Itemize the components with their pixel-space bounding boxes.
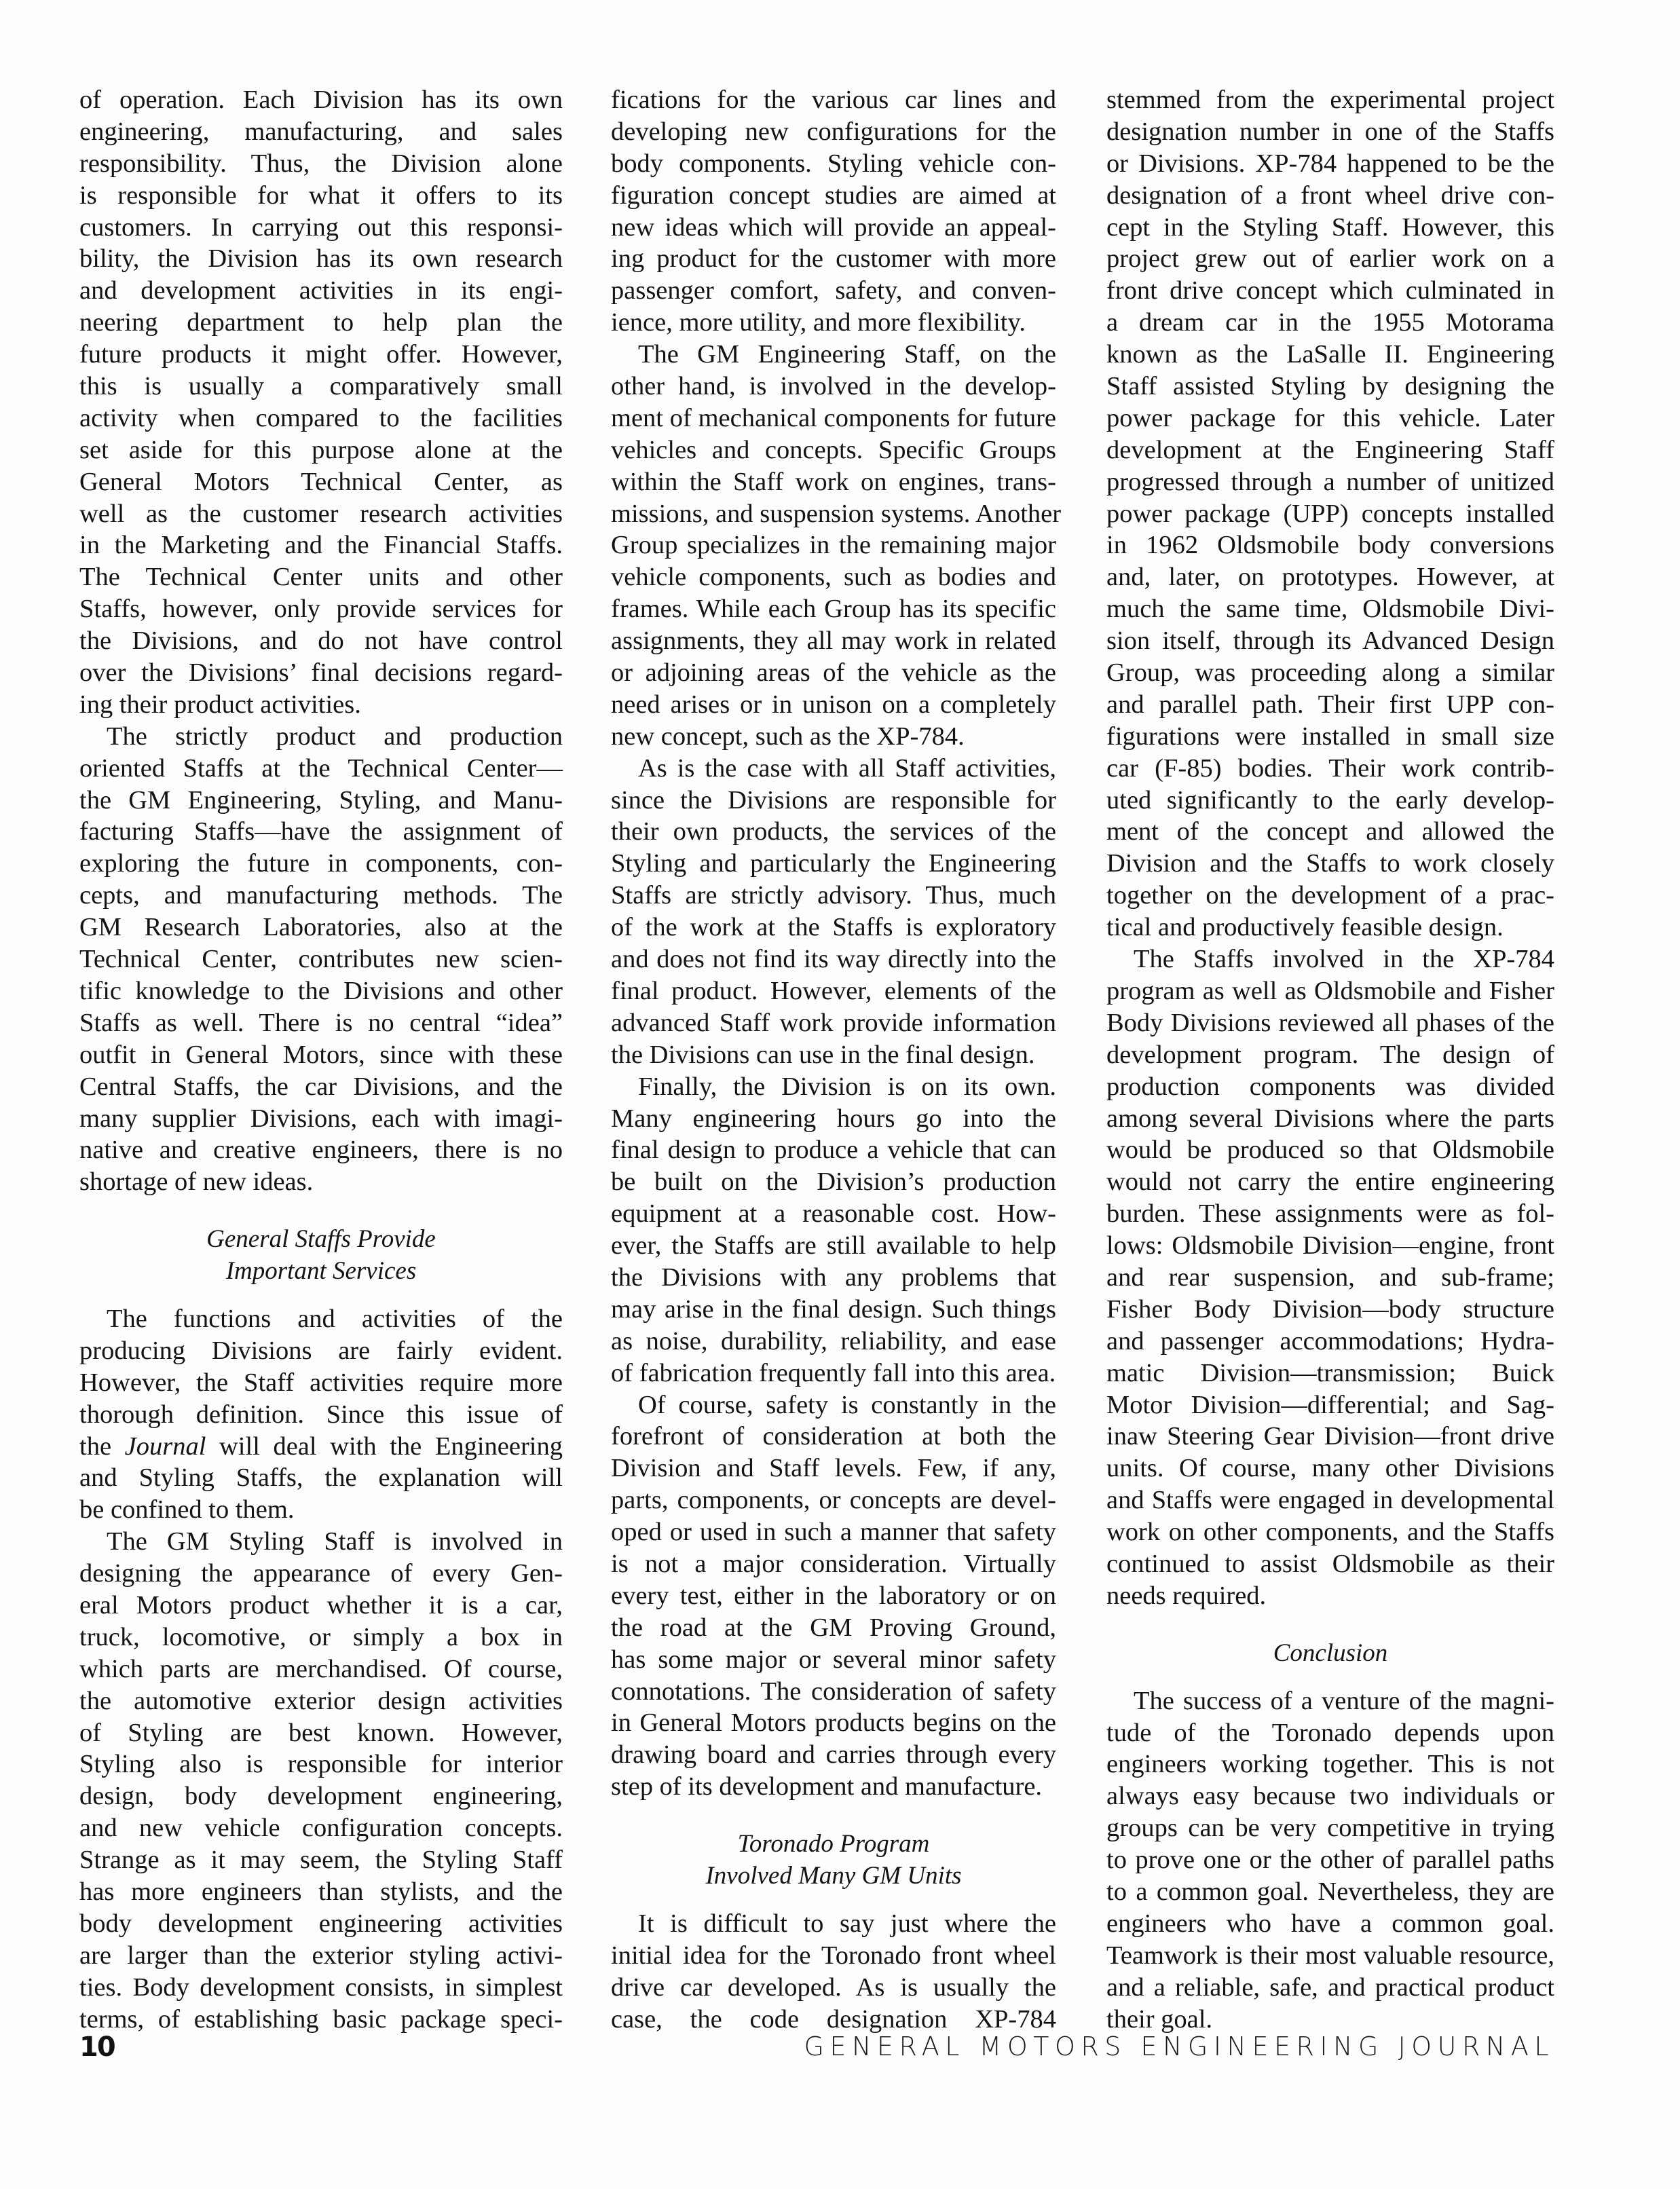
text-line: is responsible for what it offers to its bbox=[79, 180, 563, 212]
text-line: among several Divisions where the parts bbox=[1106, 1103, 1554, 1135]
text-line: The GM Engineering Staff, on the bbox=[611, 339, 1056, 371]
text-line: parts, components, or concepts are devel… bbox=[611, 1484, 1056, 1516]
text-line: ment of the concept and allowed the bbox=[1106, 816, 1554, 848]
text-line: Motor Division—differential; and Sag- bbox=[1106, 1389, 1554, 1421]
journal-title-italic: Journal bbox=[125, 1432, 206, 1461]
text-line: designation number in one of the Staffs bbox=[1106, 116, 1554, 148]
text-line: GM Research Laboratories, also at the bbox=[79, 912, 563, 943]
text-line: together on the development of a prac- bbox=[1106, 880, 1554, 912]
text-line: would not carry the entire engineering bbox=[1106, 1166, 1554, 1198]
text-line: or adjoining areas of the vehicle as the bbox=[611, 657, 1056, 689]
text-line: outfit in General Motors, since with the… bbox=[79, 1039, 563, 1071]
text-line: to a common goal. Nevertheless, they are bbox=[1106, 1876, 1554, 1908]
text-line: set aside for this purpose alone at the bbox=[79, 434, 563, 466]
text-line: The Staffs involved in the XP-784 bbox=[1106, 943, 1554, 975]
text-line: tical and productively feasible design. bbox=[1106, 912, 1554, 943]
text-line: engineering, manufacturing, and sales bbox=[79, 116, 563, 148]
text-line: burden. These assignments were as fol- bbox=[1106, 1198, 1554, 1230]
section-gap bbox=[1106, 1612, 1554, 1638]
text-line: assignments, they all may work in relate… bbox=[611, 625, 1056, 657]
text-line: continued to assist Oldsmobile as their bbox=[1106, 1548, 1554, 1580]
text-line: and rear suspension, and sub-frame; bbox=[1106, 1262, 1554, 1294]
section-heading-toronado-line2: Involved Many GM Units bbox=[611, 1860, 1056, 1892]
text-line: Staffs are strictly advisory. Thus, much bbox=[611, 880, 1056, 912]
text-line: The success of a venture of the magni- bbox=[1106, 1685, 1554, 1717]
text-line: designation of a front wheel drive con- bbox=[1106, 180, 1554, 212]
text-line: Finally, the Division is on its own. bbox=[611, 1071, 1056, 1103]
text-line: Group, was proceeding along a similar bbox=[1106, 657, 1554, 689]
text-line: development at the Engineering Staff bbox=[1106, 434, 1554, 466]
text-line: in 1962 Oldsmobile body conversions bbox=[1106, 529, 1554, 561]
text-line: General Motors Technical Center, as bbox=[79, 466, 563, 498]
text-line: customers. In carrying out this responsi… bbox=[79, 212, 563, 244]
text-line: ever, the Staffs are still available to … bbox=[611, 1230, 1056, 1262]
section-heading-general-staffs-line2: Important Services bbox=[79, 1256, 563, 1288]
text-line: The functions and activities of the bbox=[79, 1303, 563, 1335]
text-line: many supplier Divisions, each with imagi… bbox=[79, 1103, 563, 1135]
text-line: uted significantly to the early develop- bbox=[1106, 785, 1554, 817]
text-line: production components was divided bbox=[1106, 1071, 1554, 1103]
text-line: drawing board and carries through every bbox=[611, 1739, 1056, 1771]
text-line: case, the code designation XP-784 bbox=[611, 2004, 1056, 2036]
text-line: car (F-85) bodies. Their work contrib- bbox=[1106, 753, 1554, 785]
column-2: fications for the various car lines andd… bbox=[611, 84, 1056, 2035]
text-line: lows: Oldsmobile Division—engine, front bbox=[1106, 1230, 1554, 1262]
text-line: passenger comfort, safety, and conven- bbox=[611, 275, 1056, 307]
text-line: neering department to help plan the bbox=[79, 307, 563, 339]
text-line: Styling and particularly the Engineering bbox=[611, 848, 1056, 880]
text-line: and Staffs were engaged in developmental bbox=[1106, 1484, 1554, 1516]
text-line: of operation. Each Division has its own bbox=[79, 84, 563, 116]
text-line: fications for the various car lines and bbox=[611, 84, 1056, 116]
text-line: as noise, durability, reliability, and e… bbox=[611, 1326, 1056, 1358]
text-line: always easy because two individuals or bbox=[1106, 1780, 1554, 1812]
text-line: bility, the Division has its own researc… bbox=[79, 243, 563, 275]
text-line: equipment at a reasonable cost. How- bbox=[611, 1198, 1056, 1230]
text-line: eral Motors product whether it is a car, bbox=[79, 1590, 563, 1622]
text-line: stemmed from the experimental project bbox=[1106, 84, 1554, 116]
text-line: step of its development and manufacture. bbox=[611, 1771, 1056, 1803]
section-heading-conclusion: Conclusion bbox=[1106, 1638, 1554, 1670]
text-line: in the Marketing and the Financial Staff… bbox=[79, 529, 563, 561]
text-line: be built on the Division’s production bbox=[611, 1166, 1056, 1198]
text-line: cepts, and manufacturing methods. The bbox=[79, 880, 563, 912]
text-line: Styling also is responsible for interior bbox=[79, 1748, 563, 1780]
text-line: body components. Styling vehicle con- bbox=[611, 148, 1056, 180]
text-line: cept in the Styling Staff. However, this bbox=[1106, 212, 1554, 244]
text-line: development program. The design of bbox=[1106, 1039, 1554, 1071]
text-line: and passenger accommodations; Hydra- bbox=[1106, 1326, 1554, 1358]
text-line: The GM Styling Staff is involved in bbox=[79, 1526, 563, 1558]
text-line: since the Divisions are responsible for bbox=[611, 785, 1056, 817]
text-line: progressed through a number of unitized bbox=[1106, 466, 1554, 498]
text-line: ience, more utility, and more flexibilit… bbox=[611, 307, 1056, 339]
text-line: sion itself, through its Advanced Design bbox=[1106, 625, 1554, 657]
text-line: oped or used in such a manner that safet… bbox=[611, 1516, 1056, 1548]
text-line: thorough definition. Since this issue of bbox=[79, 1399, 563, 1431]
text-line: well as the customer research activities bbox=[79, 498, 563, 530]
text-line: is not a major consideration. Virtually bbox=[611, 1548, 1056, 1580]
text-line: the Divisions with any problems that bbox=[611, 1262, 1056, 1294]
column-3: stemmed from the experimental projectdes… bbox=[1106, 84, 1554, 2035]
text-line: oriented Staffs at the Technical Center— bbox=[79, 753, 563, 785]
text-line: ing product for the customer with more bbox=[611, 243, 1056, 275]
text-line: exploring the future in components, con- bbox=[79, 848, 563, 880]
text-line: designing the appearance of every Gen- bbox=[79, 1558, 563, 1590]
text-line: which parts are merchandised. Of course, bbox=[79, 1653, 563, 1685]
text-line: vehicles and concepts. Specific Groups bbox=[611, 434, 1056, 466]
text-line: Teamwork is their most valuable resource… bbox=[1106, 1940, 1554, 1972]
text-line: facturing Staffs—have the assignment of bbox=[79, 816, 563, 848]
text-line: and, later, on prototypes. However, at bbox=[1106, 561, 1554, 593]
text-line: would be produced so that Oldsmobile bbox=[1106, 1134, 1554, 1166]
text-line: or Divisions. XP-784 happened to be the bbox=[1106, 148, 1554, 180]
text-line: project grew out of earlier work on a bbox=[1106, 243, 1554, 275]
text-line: a dream car in the 1955 Motorama bbox=[1106, 307, 1554, 339]
text-line: Group specializes in the remaining major bbox=[611, 529, 1056, 561]
section-gap bbox=[79, 1198, 563, 1224]
text-line: forefront of consideration at both the bbox=[611, 1421, 1056, 1453]
text-line: truck, locomotive, or simply a box in bbox=[79, 1622, 563, 1653]
text-line: power package (UPP) concepts installed bbox=[1106, 498, 1554, 530]
text-line: the automotive exterior design activitie… bbox=[79, 1685, 563, 1717]
text-line: Of course, safety is constantly in the bbox=[611, 1389, 1056, 1421]
text-line: Division and Staff levels. Few, if any, bbox=[611, 1453, 1056, 1484]
text-line: the Divisions can use in the final desig… bbox=[611, 1039, 1056, 1071]
text-line: The Technical Center units and other bbox=[79, 561, 563, 593]
text-line: Body Divisions reviewed all phases of th… bbox=[1106, 1007, 1554, 1039]
text-line: ties. Body development consists, in simp… bbox=[79, 1972, 563, 2004]
text-line: and parallel path. Their first UPP con- bbox=[1106, 689, 1554, 721]
text-line-journal: the Journal will deal with the Engineeri… bbox=[79, 1431, 563, 1463]
text-line: need arises or in unison on a completely bbox=[611, 689, 1056, 721]
text-line: in General Motors products begins on the bbox=[611, 1707, 1056, 1739]
text-line: figurations were installed in small size bbox=[1106, 721, 1554, 753]
text-line: groups can be very competitive in trying bbox=[1106, 1812, 1554, 1844]
running-footer-journal-title: GENERAL MOTORS ENGINEERING JOURNAL bbox=[770, 2032, 1554, 2061]
text-line: of the work at the Staffs is exploratory bbox=[611, 912, 1056, 943]
text-line: program as well as Oldsmobile and Fisher bbox=[1106, 975, 1554, 1007]
text-line: terms, of establishing basic package spe… bbox=[79, 2004, 563, 2036]
text-line: engineers working together. This is not bbox=[1106, 1748, 1554, 1780]
column-1: of operation. Each Division has its owne… bbox=[79, 84, 563, 2035]
text-line: engineers who have a common goal. bbox=[1106, 1908, 1554, 1940]
text-line: of fabrication frequently fall into this… bbox=[611, 1358, 1056, 1389]
text-line: much the same time, Oldsmobile Divi- bbox=[1106, 593, 1554, 625]
text-line: this is usually a comparatively small bbox=[79, 371, 563, 403]
text-line: The strictly product and production bbox=[79, 721, 563, 753]
text-line: Division and the Staffs to work closely bbox=[1106, 848, 1554, 880]
text-line: of Styling are best known. However, bbox=[79, 1717, 563, 1749]
page-number: 10 bbox=[79, 2032, 115, 2063]
text-line: It is difficult to say just where the bbox=[611, 1908, 1056, 1940]
text-line: Staff assisted Styling by designing the bbox=[1106, 371, 1554, 403]
text-line: figuration concept studies are aimed at bbox=[611, 180, 1056, 212]
text-line: the Divisions, and do not have control bbox=[79, 625, 563, 657]
text-line: every test, either in the laboratory or … bbox=[611, 1580, 1056, 1612]
text-line: initial idea for the Toronado front whee… bbox=[611, 1940, 1056, 1972]
text-line: Staffs, however, only provide services f… bbox=[79, 593, 563, 625]
text-line: final design to produce a vehicle that c… bbox=[611, 1134, 1056, 1166]
text-line: drive car developed. As is usually the bbox=[611, 1972, 1056, 2004]
text-line: the GM Engineering, Styling, and Manu- bbox=[79, 785, 563, 817]
text-line: tific knowledge to the Divisions and oth… bbox=[79, 975, 563, 1007]
journal-page: of operation. Each Division has its owne… bbox=[0, 0, 1680, 2189]
section-gap bbox=[79, 1288, 563, 1303]
text-line: developing new configurations for the bbox=[611, 116, 1056, 148]
text-line: Fisher Body Division—body structure bbox=[1106, 1294, 1554, 1326]
text-line: units. Of course, many other Divisions bbox=[1106, 1453, 1554, 1484]
text-line: advanced Staff work provide information bbox=[611, 1007, 1056, 1039]
text-line: Many engineering hours go into the bbox=[611, 1103, 1056, 1135]
text-line: matic Division—transmission; Buick bbox=[1106, 1358, 1554, 1389]
text-line: Central Staffs, the car Divisions, and t… bbox=[79, 1071, 563, 1103]
text-line: new concept, such as the XP-784. bbox=[611, 721, 1056, 753]
text-line: future products it might offer. However, bbox=[79, 339, 563, 371]
text-line: responsibility. Thus, the Division alone bbox=[79, 148, 563, 180]
text-line: power package for this vehicle. Later bbox=[1106, 403, 1554, 434]
text-line: and development activities in its engi- bbox=[79, 275, 563, 307]
text-line: to prove one or the other of parallel pa… bbox=[1106, 1844, 1554, 1876]
text-line: may arise in the final design. Such thin… bbox=[611, 1294, 1056, 1326]
text-line: ing their product activities. bbox=[79, 689, 563, 721]
section-heading-general-staffs: General Staffs Provide bbox=[79, 1224, 563, 1256]
text-line: and a reliable, safe, and practical prod… bbox=[1106, 1972, 1554, 2004]
text-line: needs required. bbox=[1106, 1580, 1554, 1612]
text-line: the road at the GM Proving Ground, bbox=[611, 1612, 1056, 1644]
text-line: has more engineers than stylists, and th… bbox=[79, 1876, 563, 1908]
section-gap bbox=[611, 1892, 1056, 1908]
text-line: activity when compared to the facilities bbox=[79, 403, 563, 434]
text-line: their own products, the services of the bbox=[611, 816, 1056, 848]
text-line: tude of the Toronado depends upon bbox=[1106, 1717, 1554, 1749]
text-line: front drive concept which culminated in bbox=[1106, 275, 1554, 307]
text-line: inaw Steering Gear Division—front drive bbox=[1106, 1421, 1554, 1453]
text-line: and new vehicle configuration concepts. bbox=[79, 1812, 563, 1844]
text-line: are larger than the exterior styling act… bbox=[79, 1940, 563, 1972]
text-line: their goal. bbox=[1106, 2004, 1554, 2036]
text-line: over the Divisions’ final decisions rega… bbox=[79, 657, 563, 689]
text-line: body development engineering activities bbox=[79, 1908, 563, 1940]
text-line: other hand, is involved in the develop- bbox=[611, 371, 1056, 403]
text-line: design, body development engineering, bbox=[79, 1780, 563, 1812]
text-line: Technical Center, contributes new scien- bbox=[79, 943, 563, 975]
text-line: Staffs as well. There is no central “ide… bbox=[79, 1007, 563, 1039]
text-line: producing Divisions are fairly evident. bbox=[79, 1335, 563, 1367]
text-line: missions, and suspension systems. Anothe… bbox=[611, 498, 1056, 530]
text-line: ment of mechanical components for future bbox=[611, 403, 1056, 434]
text-line: and Styling Staffs, the explanation will bbox=[79, 1462, 563, 1494]
text-line: connotations. The consideration of safet… bbox=[611, 1676, 1056, 1708]
text-line: final product. However, elements of the bbox=[611, 975, 1056, 1007]
text-line: and does not find its way directly into … bbox=[611, 943, 1056, 975]
section-gap bbox=[611, 1803, 1056, 1829]
text-line: work on other components, and the Staffs bbox=[1106, 1516, 1554, 1548]
text-line: within the Staff work on engines, trans- bbox=[611, 466, 1056, 498]
text-line: However, the Staff activities require mo… bbox=[79, 1367, 563, 1399]
text-line: shortage of new ideas. bbox=[79, 1166, 563, 1198]
text-line: Strange as it may seem, the Styling Staf… bbox=[79, 1844, 563, 1876]
text-line: As is the case with all Staff activities… bbox=[611, 753, 1056, 785]
section-heading-toronado: Toronado Program bbox=[611, 1829, 1056, 1860]
text-line: frames. While each Group has its specifi… bbox=[611, 593, 1056, 625]
section-gap bbox=[1106, 1670, 1554, 1685]
text-line: new ideas which will provide an appeal- bbox=[611, 212, 1056, 244]
text-line: native and creative engineers, there is … bbox=[79, 1134, 563, 1166]
text-line: has some major or several minor safety bbox=[611, 1644, 1056, 1676]
text-line: known as the LaSalle II. Engineering bbox=[1106, 339, 1554, 371]
text-line: vehicle components, such as bodies and bbox=[611, 561, 1056, 593]
text-line: be confined to them. bbox=[79, 1494, 563, 1526]
